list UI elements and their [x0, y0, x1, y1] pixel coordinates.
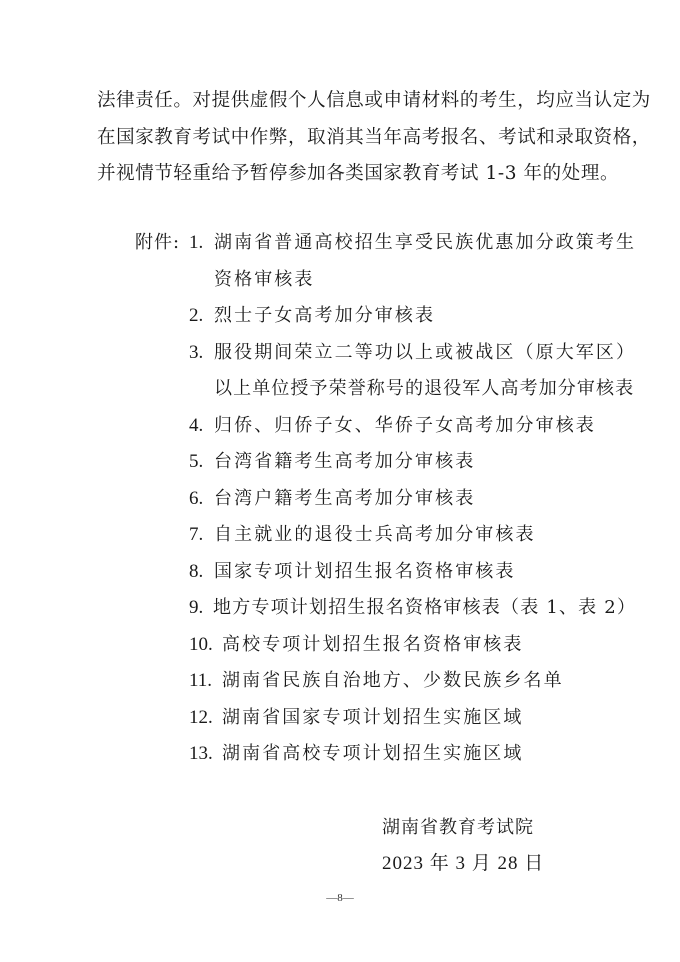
attachment-title: 台湾户籍考生高考加分审核表 [214, 487, 475, 511]
attachment-number: 12. [189, 706, 213, 730]
attachments-label: 附件: [135, 231, 180, 255]
attachment-number: 8. [189, 560, 203, 584]
document-page: 法律责任。对提供虚假个人信息或申请材料的考生，均应当认定为 在国家教育考试中作弊… [0, 0, 680, 962]
attachment-title-continued: 资格审核表 [214, 268, 315, 292]
paragraph-line: 在国家教育考试中作弊，取消其当年高考报名、考试和录取资格， [97, 126, 651, 150]
attachment-number: 11. [189, 669, 212, 693]
attachment-title: 归侨、归侨子女、华侨子女高考加分审核表 [214, 414, 596, 438]
attachment-title: 自主就业的退役士兵高考加分审核表 [214, 523, 536, 547]
attachment-title: 湖南省高校专项计划招生实施区域 [222, 742, 524, 766]
attachment-number: 2. [189, 304, 203, 328]
paragraph-line: 法律责任。对提供虚假个人信息或申请材料的考生，均应当认定为 [97, 89, 651, 113]
attachment-number: 5. [189, 450, 203, 474]
attachment-number: 10. [189, 633, 213, 657]
attachment-number: 13. [189, 742, 213, 766]
attachment-number: 3. [189, 341, 203, 365]
attachment-number: 1. [189, 231, 203, 255]
attachment-number: 9. [189, 596, 203, 620]
attachment-title: 地方专项计划招生报名资格审核表（表 1、表 2） [213, 596, 636, 620]
issuing-organization: 湖南省教育考试院 [382, 816, 534, 840]
attachment-title: 国家专项计划招生报名资格审核表 [214, 560, 516, 584]
attachment-title: 湖南省国家专项计划招生实施区域 [222, 706, 524, 730]
attachment-number: 6. [189, 487, 203, 511]
paragraph-line: 并视情节轻重给予暂停参加各类国家教育考试 1-3 年的处理。 [97, 162, 619, 186]
attachment-title: 高校专项计划招生报名资格审核表 [222, 633, 524, 657]
page-number: —8— [0, 892, 680, 904]
attachment-title: 台湾省籍考生高考加分审核表 [214, 450, 475, 474]
attachment-number: 7. [189, 523, 203, 547]
attachment-title-continued: 以上单位授予荣誉称号的退役军人高考加分审核表 [214, 377, 634, 401]
attachment-title: 烈士子女高考加分审核表 [214, 304, 435, 328]
attachment-number: 4. [189, 414, 203, 438]
attachment-title: 湖南省普通高校招生享受民族优惠加分政策考生 [214, 231, 636, 255]
issue-date: 2023 年 3 月 28 日 [382, 852, 544, 876]
attachment-title: 服役期间荣立二等功以上或被战区（原大军区） [214, 341, 636, 365]
attachment-title: 湖南省民族自治地方、少数民族乡名单 [222, 669, 564, 693]
